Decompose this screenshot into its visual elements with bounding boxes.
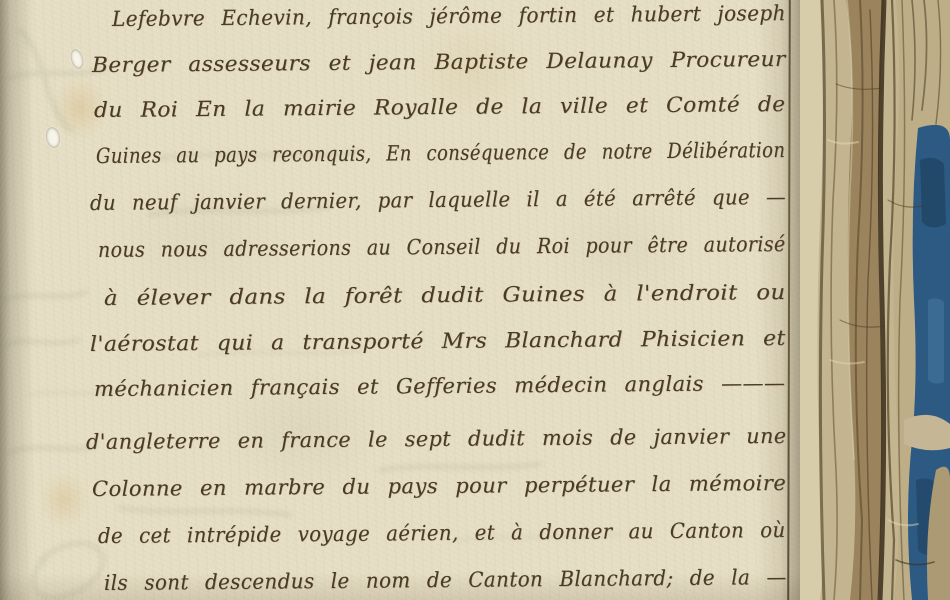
manuscript-line: du neuf janvier dernier, par laquelle il… [90, 184, 786, 216]
manuscript-line: du Roi En la mairie Royalle de la ville … [94, 91, 786, 123]
manuscript-line: nous nous adresserions au Conseil du Roi… [98, 231, 786, 263]
manuscript-line: méchanicien français et Gefferies médeci… [94, 370, 786, 402]
manuscript-line: Guines au pays reconquis, En conséquence… [96, 137, 786, 169]
manuscript-page-photo: Lefebvre Echevin, françois jérôme fortin… [0, 0, 950, 600]
manuscript-line: Colonne en marbre du pays pour perpétuer… [92, 470, 786, 502]
manuscript-line: de cet intrépide voyage aérien, et à don… [98, 517, 786, 549]
manuscript-line: ils sont descendus le nom de Canton Blan… [104, 564, 787, 596]
wormhole [44, 126, 61, 149]
book-fore-edge [800, 0, 950, 600]
manuscript-line: d'angleterre en france le sept dudit moi… [86, 423, 787, 455]
manuscript-line: Lefebvre Echevin, françois jérôme fortin… [112, 0, 786, 32]
page-edge-shadow [756, 0, 802, 600]
manuscript-line: à élever dans la forêt dudit Guines à l'… [104, 279, 786, 311]
manuscript-line: l'aérostat qui a transporté Mrs Blanchar… [90, 325, 786, 357]
wormhole [68, 48, 85, 71]
manuscript-line: Berger assesseurs et jean Baptiste Delau… [92, 46, 786, 78]
